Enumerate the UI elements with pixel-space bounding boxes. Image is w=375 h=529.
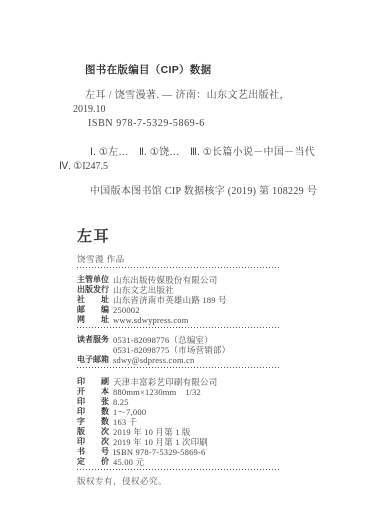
cip-record-number: 中国版本图书馆 CIP 数据核字 (2019) 第 108229 号 <box>0 185 375 199</box>
cip-block: 图书在版编目（CIP）数据 左耳 / 饶雪漫著. — 济南：山东文艺出版社， 2… <box>0 64 375 199</box>
row-value: 250002 <box>113 305 140 315</box>
dotted-divider <box>77 327 280 329</box>
info-row: 出版发行 山东文艺出版社 <box>77 285 280 295</box>
row-value: 0531-82098775（市场营销部） <box>113 345 230 355</box>
dotted-divider <box>77 267 280 269</box>
row-value: 山东文艺出版社 <box>113 285 174 295</box>
row-label: 电子邮箱 <box>77 355 109 365</box>
row-value: 天津丰富彩艺印刷有限公司 <box>113 377 217 387</box>
info-row: 读者服务 0531-82098776（总编室） 0531-82098775（市场… <box>77 335 280 355</box>
info-row: 版次 2019 年 10 月第 1 版 <box>77 427 280 437</box>
info-row: 字数 163 千 <box>77 417 280 427</box>
info-row: 社址 山东省济南市英雄山路 189 号 <box>77 295 280 305</box>
printing-info-group: 印刷 天津丰富彩艺印刷有限公司 开本 880mm×1230mm 1/32 印张 … <box>77 377 280 469</box>
info-row: 印数 1～7,000 <box>77 407 280 417</box>
info-row: 印张 8.25 <box>77 397 280 407</box>
row-value: 0531-82098776（总编室） <box>113 335 230 345</box>
row-label: 邮编 <box>77 305 109 315</box>
row-value: ISBN 978-7-5329-5869-6 <box>113 447 205 457</box>
row-label: 字数 <box>77 417 109 427</box>
copyright-page: 图书在版编目（CIP）数据 左耳 / 饶雪漫著. — 济南：山东文艺出版社， 2… <box>0 0 375 529</box>
row-value: 山东省济南市英雄山路 189 号 <box>113 295 227 305</box>
row-label: 印刷 <box>77 377 109 387</box>
copyright-notice: 版权专有，侵权必究。 <box>77 476 280 486</box>
row-value: 2019 年 10 月第 1 版 <box>113 427 191 437</box>
row-value: 山东出版传媒股份有限公司 <box>113 275 217 285</box>
row-value: 2019 年 10 月第 1 次印刷 <box>113 437 208 447</box>
dotted-divider <box>77 367 280 369</box>
info-row: 主管单位 山东出版传媒股份有限公司 <box>77 275 280 285</box>
row-label: 书号 <box>77 447 109 457</box>
book-title: 左耳 <box>77 228 280 246</box>
row-label: 印数 <box>77 407 109 417</box>
info-row: 印次 2019 年 10 月第 1 次印刷 <box>77 437 280 447</box>
cip-classification: Ⅰ. ①左… Ⅱ. ①饶… Ⅲ. ①长篇小说－中国－当代 Ⅳ. ①I247.5 <box>0 146 375 174</box>
row-value: 8.25 <box>113 397 129 407</box>
info-row: 印刷 天津丰富彩艺印刷有限公司 <box>77 377 280 387</box>
publisher-info-group: 主管单位 山东出版传媒股份有限公司 出版发行 山东文艺出版社 社址 山东省济南市… <box>77 275 280 327</box>
row-label: 印张 <box>77 397 109 407</box>
cip-entry-line1: 左耳 / 饶雪漫著. — 济南：山东文艺出版社， <box>73 89 375 103</box>
info-row: 电子邮箱 sdwy@sdpress.com.cn <box>77 355 280 365</box>
book-author: 饶雪漫 作品 <box>77 254 280 264</box>
info-row: 定价 45.00 元 <box>77 457 280 467</box>
row-label: 印次 <box>77 437 109 447</box>
row-label: 开本 <box>77 387 109 397</box>
row-label: 出版发行 <box>77 285 109 295</box>
colophon-block: 左耳 饶雪漫 作品 主管单位 山东出版传媒股份有限公司 出版发行 山东文艺出版社… <box>77 228 280 486</box>
cip-header: 图书在版编目（CIP）数据 <box>0 64 375 76</box>
row-value: 1～7,000 <box>113 407 146 417</box>
row-label: 社址 <box>77 295 109 305</box>
info-row: 网址 www.sdwypress.com <box>77 315 280 325</box>
row-label: 版次 <box>77 427 109 437</box>
cip-isbn-line: ISBN 978-7-5329-5869-6 <box>73 117 375 131</box>
cip-entry-line2: 2019.10 <box>73 103 375 117</box>
reader-service-group: 读者服务 0531-82098776（总编室） 0531-82098775（市场… <box>77 335 280 367</box>
info-row: 书号 ISBN 978-7-5329-5869-6 <box>77 447 280 457</box>
cip-class-line1: Ⅰ. ①左… Ⅱ. ①饶… Ⅲ. ①长篇小说－中国－当代 <box>59 146 375 160</box>
cip-entry: 左耳 / 饶雪漫著. — 济南：山东文艺出版社， 2019.10 ISBN 97… <box>0 89 375 131</box>
row-value: 163 千 <box>113 417 137 427</box>
row-value: 880mm×1230mm 1/32 <box>113 387 201 397</box>
cip-class-line2: Ⅳ. ①I247.5 <box>59 160 375 174</box>
info-row: 开本 880mm×1230mm 1/32 <box>77 387 280 397</box>
info-row: 邮编 250002 <box>77 305 280 315</box>
row-value: sdwy@sdpress.com.cn <box>113 355 195 365</box>
row-value: www.sdwypress.com <box>113 315 189 325</box>
dotted-divider <box>77 469 280 471</box>
row-label: 网址 <box>77 315 109 325</box>
row-value: 45.00 元 <box>113 457 144 467</box>
row-label: 主管单位 <box>77 275 109 285</box>
row-label: 读者服务 <box>77 335 109 345</box>
row-label: 定价 <box>77 457 109 467</box>
